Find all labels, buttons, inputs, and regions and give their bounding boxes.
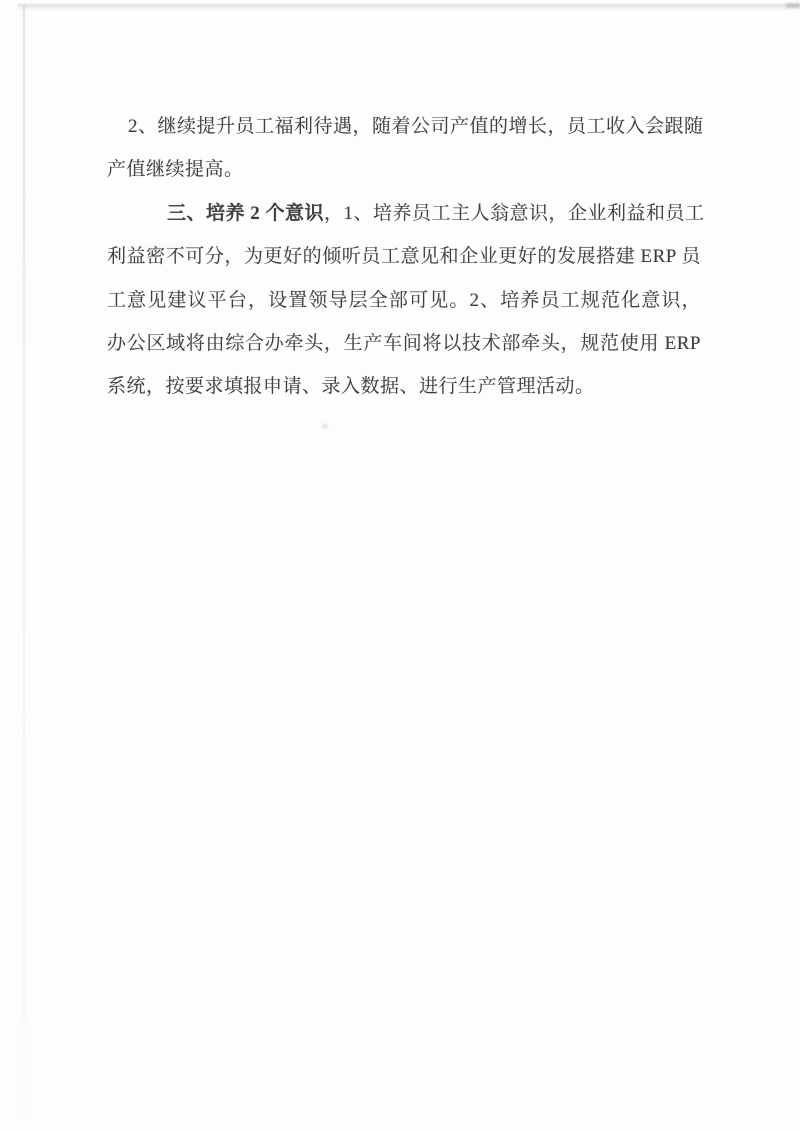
paragraph-line: 工意见建议平台，设置领导层全部可见。2、培养员工规范化意识，: [107, 279, 701, 322]
line-text: 工意见建议平台，设置领导层全部可见。2、培养员工规范化意识，: [107, 290, 701, 311]
paragraph-line: 2、继续提升员工福利待遇，随着公司产值的增长，员工收入会跟随: [107, 105, 701, 148]
paper-top-edge-shadow: [18, 4, 800, 12]
paragraph-line: 办公区域将由综合办牵头，生产车间将以技术部牵头，规范使用 ERP: [107, 322, 701, 365]
line-text: 2、继续提升员工福利待遇，随着公司产值的增长，员工收入会跟随: [128, 116, 704, 137]
document-body-text: 2、继续提升员工福利待遇，随着公司产值的增长，员工收入会跟随 产值继续提高。 三…: [107, 105, 701, 409]
line-text: 系统，按要求填报申请、录入数据、进行生产管理活动。: [107, 376, 595, 397]
paper-left-edge-line: [23, 6, 25, 1124]
paragraph-line: 利益密不可分，为更好的倾听员工意见和企业更好的发展搭建 ERP 员: [107, 235, 701, 278]
section-heading-inline: 三、培养 2 个意识: [167, 203, 324, 224]
paper-top-right-edge-shadow: [786, 3, 800, 8]
line-text: ，1、培养员工主人翁意识，企业利益和员工: [324, 203, 705, 224]
scanned-document-page: 2、继续提升员工福利待遇，随着公司产值的增长，员工收入会跟随 产值继续提高。 三…: [0, 0, 800, 1131]
line-text: 产值继续提高。: [107, 159, 244, 180]
scan-dust-speck: [322, 424, 328, 429]
line-text: 办公区域将由综合办牵头，生产车间将以技术部牵头，规范使用 ERP: [107, 333, 701, 354]
paragraph-line: 产值继续提高。: [107, 148, 701, 191]
paragraph-line: 三、培养 2 个意识，1、培养员工主人翁意识，企业利益和员工: [107, 192, 701, 235]
line-text: 利益密不可分，为更好的倾听员工意见和企业更好的发展搭建 ERP 员: [107, 246, 701, 267]
paragraph-line: 系统，按要求填报申请、录入数据、进行生产管理活动。: [107, 365, 701, 408]
